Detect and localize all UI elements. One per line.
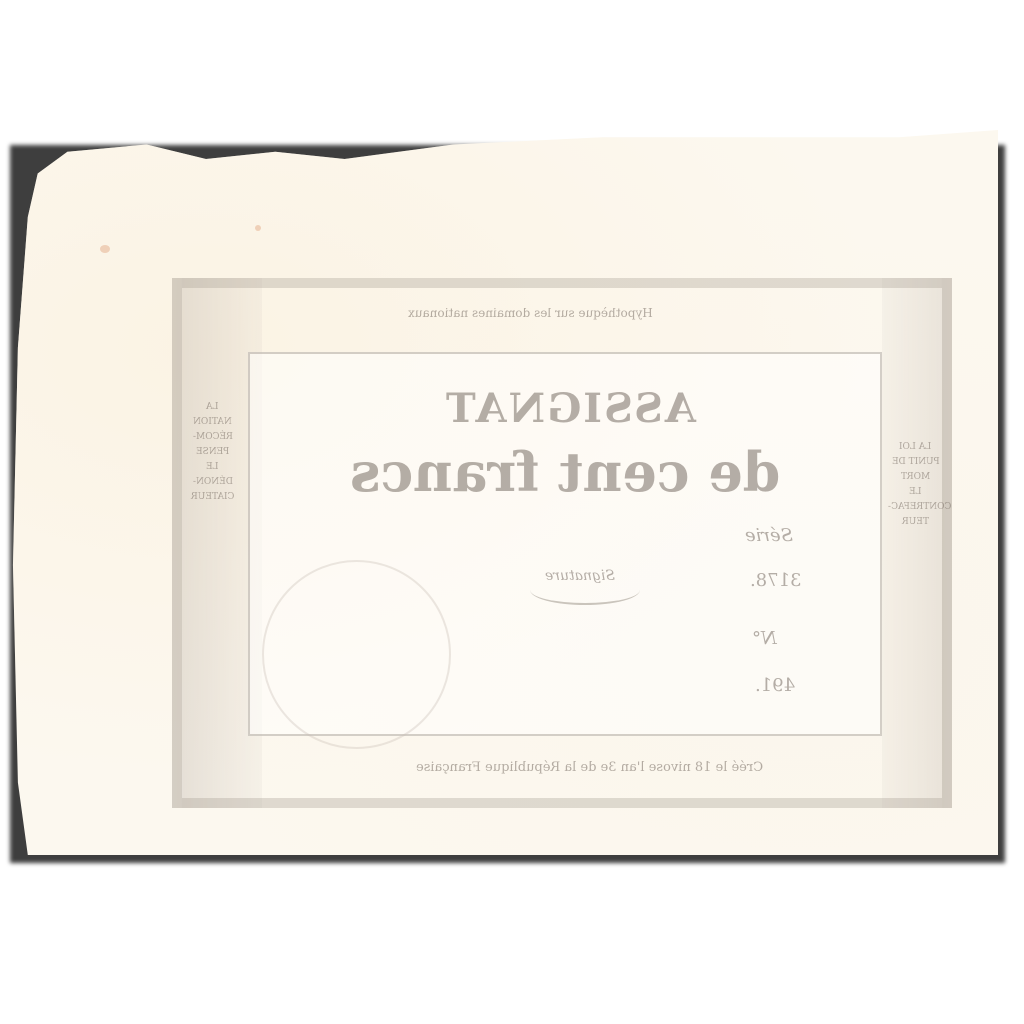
- title-denomination: de cent francs: [250, 440, 880, 504]
- title-assignat: ASSIGNAT: [380, 385, 760, 432]
- serie-label: Série: [745, 525, 793, 546]
- embossed-seal: [262, 560, 451, 749]
- number-label: N°: [752, 628, 777, 649]
- top-band-text: Hypothèque sur les domaines nationaux: [360, 306, 700, 320]
- foxing-stain: [100, 245, 110, 253]
- note-number: 491.: [755, 675, 795, 696]
- foxing-stain: [255, 225, 261, 231]
- right-side-panel: LA LOI PUNIT DE MORT LE CONTREFAC- TEUR: [888, 440, 943, 530]
- left-side-panel: LA NATION RÉCOM- PENSE LE DÉNON- CIATEUR: [185, 400, 240, 505]
- bottom-line-text: Créé le 18 nivose l'an 3e de la Républiq…: [320, 760, 860, 775]
- signature: Signature: [545, 568, 615, 584]
- serie-number: 3178.: [750, 570, 802, 591]
